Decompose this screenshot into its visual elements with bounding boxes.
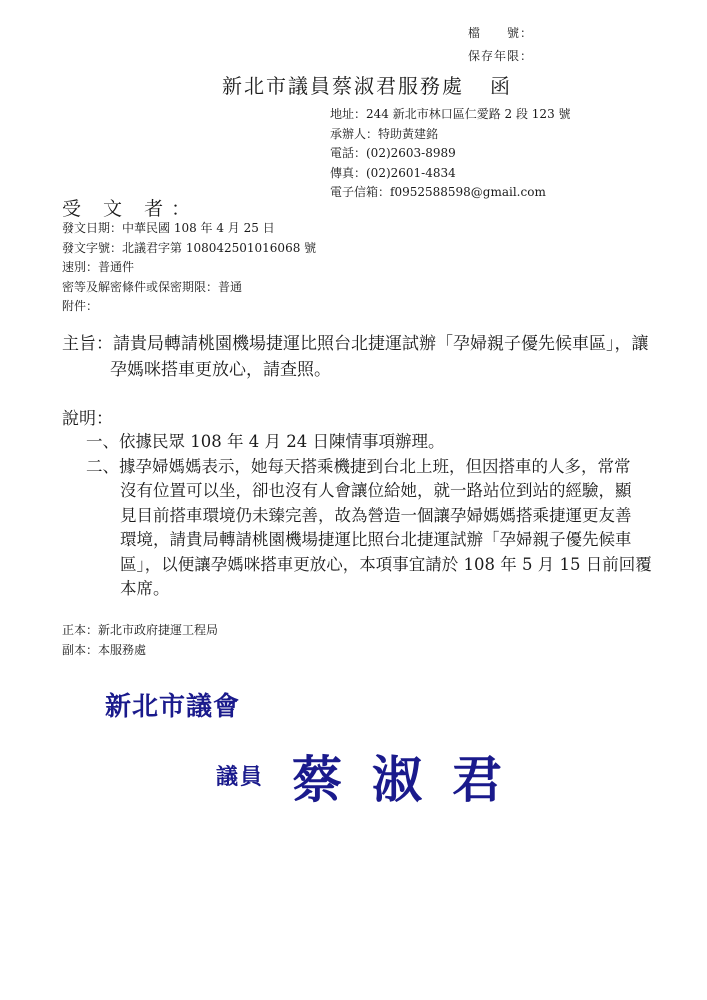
subject-section: 主旨：請貴局轉請桃園機場捷運比照台北捷運試辦「孕婦親子優先候車區」，讓 孕媽咪搭… bbox=[62, 331, 649, 383]
document-number: 發文字號：北議君字第 108042501016068 號 bbox=[62, 239, 316, 259]
explanation-item-2: 二、據孕婦媽媽表示，她每天搭乘機捷到台北上班，但因搭車的人多，常常 bbox=[86, 455, 652, 480]
handler: 承辦人：特助黃建銘 bbox=[330, 125, 571, 145]
fax: 傳真：(02)2601-4834 bbox=[330, 164, 571, 184]
letterhead-title: 新北市議員蔡淑君服務處函 bbox=[222, 70, 512, 99]
file-number-label: 檔 號： bbox=[468, 22, 533, 45]
subject-line-1: 主旨：請貴局轉請桃園機場捷運比照台北捷運試辦「孕婦親子優先候車區」，讓 bbox=[62, 331, 649, 357]
original-recipient: 正本：新北市政府捷運工程局 bbox=[62, 620, 218, 640]
explanation-heading: 說明： bbox=[62, 404, 113, 429]
archive-info: 檔 號： 保存年限： bbox=[468, 22, 533, 68]
subject-line-2: 孕媽咪搭車更放心，請查照。 bbox=[62, 357, 649, 383]
role-stamp: 議員 bbox=[216, 760, 264, 791]
document-type: 函 bbox=[490, 74, 512, 98]
copy-recipient: 副本：本服務處 bbox=[62, 640, 218, 660]
attachment: 附件： bbox=[62, 297, 316, 317]
contact-block: 地址：244 新北市林口區仁愛路 2 段 123 號 承辦人：特助黃建銘 電話：… bbox=[330, 105, 571, 203]
council-stamp: 新北市議會 bbox=[105, 686, 240, 723]
explanation-item-2-cont: 見目前搭車環境仍未臻完善，故為營造一個讓孕婦媽媽搭乘捷運更友善 bbox=[86, 504, 652, 529]
recipient-label: 受 文 者： bbox=[62, 194, 198, 221]
retention-period-label: 保存年限： bbox=[468, 45, 533, 68]
explanation-item-2-cont: 本席。 bbox=[86, 577, 652, 602]
explanation-body: 一、依據民眾 108 年 4 月 24 日陳情事項辦理。 二、據孕婦媽媽表示，她… bbox=[86, 430, 652, 602]
explanation-item-1: 一、依據民眾 108 年 4 月 24 日陳情事項辦理。 bbox=[86, 430, 652, 455]
explanation-item-2-cont: 沒有位置可以坐，卻也沒有人會讓位給她，就一路站位到站的經驗，顯 bbox=[86, 479, 652, 504]
explanation-item-2-cont: 環境，請貴局轉請桃園機場捷運比照台北捷運試辦「孕婦親子優先候車 bbox=[86, 528, 652, 553]
issue-date: 發文日期：中華民國 108 年 4 月 25 日 bbox=[62, 219, 316, 239]
distribution: 正本：新北市政府捷運工程局 副本：本服務處 bbox=[62, 620, 218, 660]
email: 電子信箱：f0952588598@gmail.com bbox=[330, 183, 571, 203]
secrecy-level: 密等及解密條件或保密期限：普通 bbox=[62, 278, 316, 298]
explanation-item-2-cont: 區」，以便讓孕媽咪搭車更放心，本項事宜請於 108 年 5 月 15 日前回覆 bbox=[86, 553, 652, 578]
phone: 電話：(02)2603-8989 bbox=[330, 144, 571, 164]
councilor-name-stamp: 蔡淑君 bbox=[292, 740, 532, 812]
office-name: 新北市議員蔡淑君服務處 bbox=[222, 74, 464, 98]
address: 地址：244 新北市林口區仁愛路 2 段 123 號 bbox=[330, 105, 571, 125]
delivery-speed: 速別：普通件 bbox=[62, 258, 316, 278]
document-meta: 發文日期：中華民國 108 年 4 月 25 日 發文字號：北議君字第 1080… bbox=[62, 219, 316, 317]
